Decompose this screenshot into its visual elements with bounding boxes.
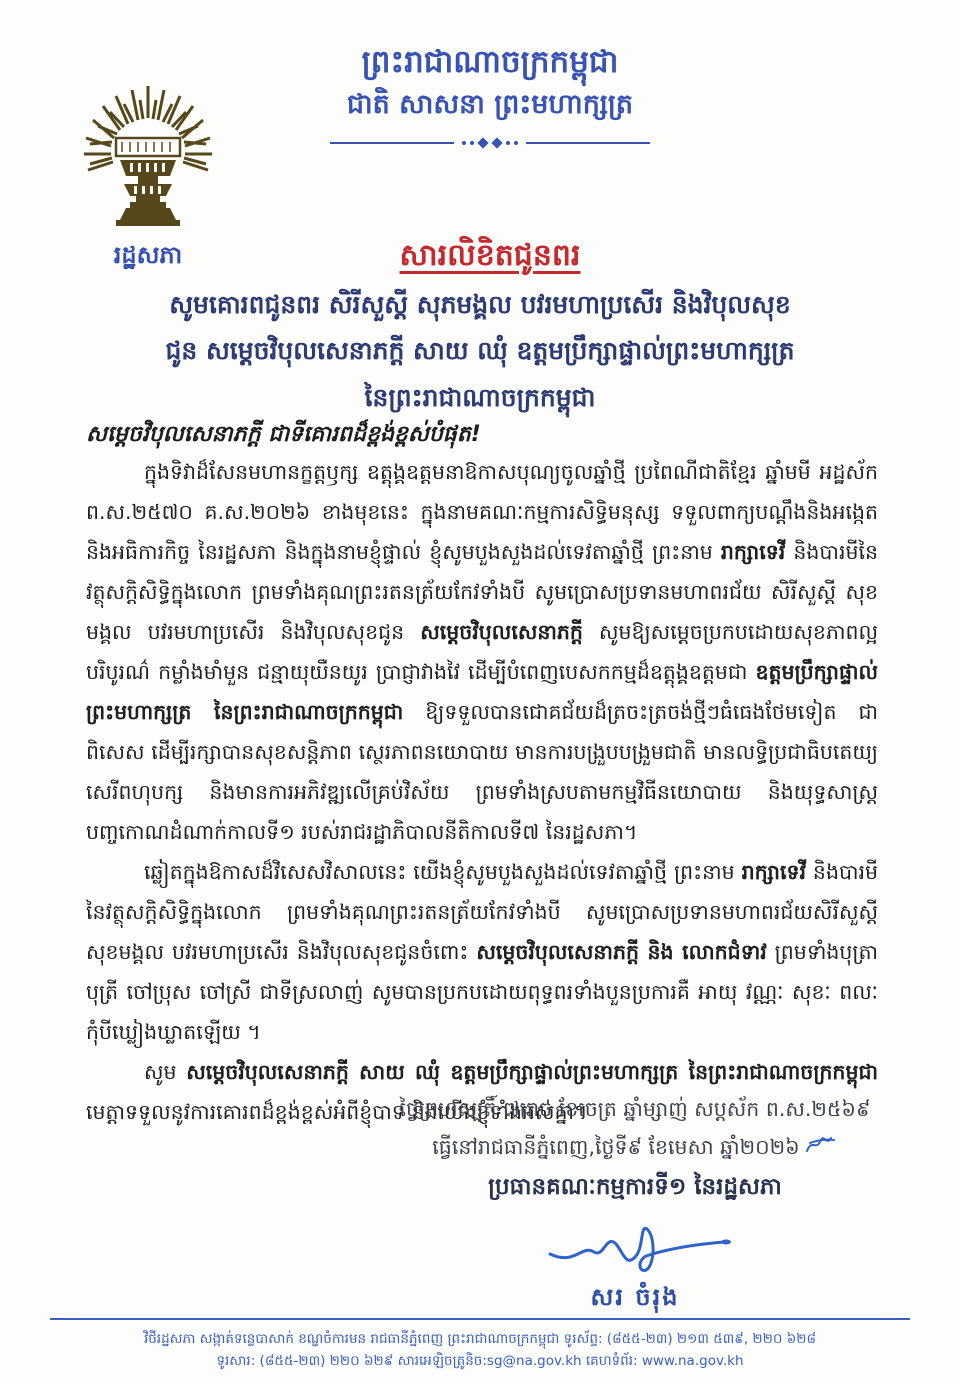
- letter-page: រដ្ឋសភា ព្រះរាជាណាចក្រកម្ពុជា ជាតិ សាសនា…: [0, 0, 960, 1383]
- national-motto: ជាតិ សាសនា ព្រះមហាក្សត្រ: [200, 85, 780, 126]
- footer-address-line: វិថីរដ្ឋសភា សង្កាត់ទន្លេបាសាក់ ខណ្ឌចំការ…: [50, 1328, 910, 1350]
- emblem-urn: [116, 160, 180, 226]
- subtitle-line-2: ជូន សម្តេចវិបុលសេនាភក្តី សាយ ឈុំ ឧត្តមប្…: [70, 328, 890, 374]
- gregorian-date-line: ធ្វើនៅរាជធានីភ្នំពេញ,ថ្ងៃទី៩ ខែមេសា ឆ្នា…: [380, 1128, 890, 1167]
- paragraph-2: ឆ្លៀតក្នុងឱកាសដ៏វិសេសវិសាលនេះ យើងខ្ញុំសូ…: [86, 852, 878, 1052]
- letter-title: សារលិខិតជូនពរ: [200, 236, 780, 280]
- signer-name: សរ ចំរុង: [380, 1282, 890, 1317]
- handwritten-initials: [804, 1136, 838, 1160]
- signer-title: ប្រធានគណៈកម្មការទី១ នៃរដ្ឋសភា: [380, 1173, 890, 1206]
- salutation: សម្តេចវិបុលសេនាភក្តី ជាទីគោរពដ៏ខ្ពង់ខ្ពស…: [86, 420, 886, 452]
- footer: វិថីរដ្ឋសភា សង្កាត់ទន្លេបាសាក់ ខណ្ឌចំការ…: [50, 1318, 910, 1372]
- ornamental-divider: [330, 139, 650, 147]
- subtitle-line-1: សូមគោរពជូនពរ សិរីសួស្តី សុភមង្គល បវរមហាប…: [70, 282, 890, 328]
- letter-body: ក្នុងទិវាដ៏សែនមហានក្ខត្តឫក្ស ឧត្តុង្គឧត្…: [86, 452, 878, 1132]
- letter-subtitle: សូមគោរពជូនពរ សិរីសួស្តី សុភមង្គល បវរមហាប…: [70, 282, 890, 421]
- kingdom-title: ព្រះរាជាណាចក្រកម្ពុជា: [200, 40, 780, 85]
- footer-contact-line: ទូរសារ: (៨៥៥-២៣) ២២០ ៦២៩ សារអេឡិចត្រូនិច…: [50, 1350, 910, 1372]
- handwritten-signature: [380, 1214, 890, 1280]
- subtitle-line-3: នៃព្រះរាជាណាចក្រកម្ពុជា: [70, 375, 890, 421]
- org-label: រដ្ឋសភា: [88, 240, 208, 275]
- emblem-rays: [84, 86, 212, 170]
- lunar-date-line: ថ្ងៃព្រហស្បតិ៍ ៧រោច ខែចេត្រ ឆ្នាំម្សាញ់ …: [380, 1090, 890, 1128]
- document-header: ព្រះរាជាណាចក្រកម្ពុជា ជាតិ សាសនា ព្រះមហា…: [200, 40, 780, 147]
- paragraph-1: ក្នុងទិវាដ៏សែនមហានក្ខត្តឫក្ស ឧត្តុង្គឧត្…: [86, 452, 878, 852]
- signoff-block: ថ្ងៃព្រហស្បតិ៍ ៧រោច ខែចេត្រ ឆ្នាំម្សាញ់ …: [380, 1090, 890, 1317]
